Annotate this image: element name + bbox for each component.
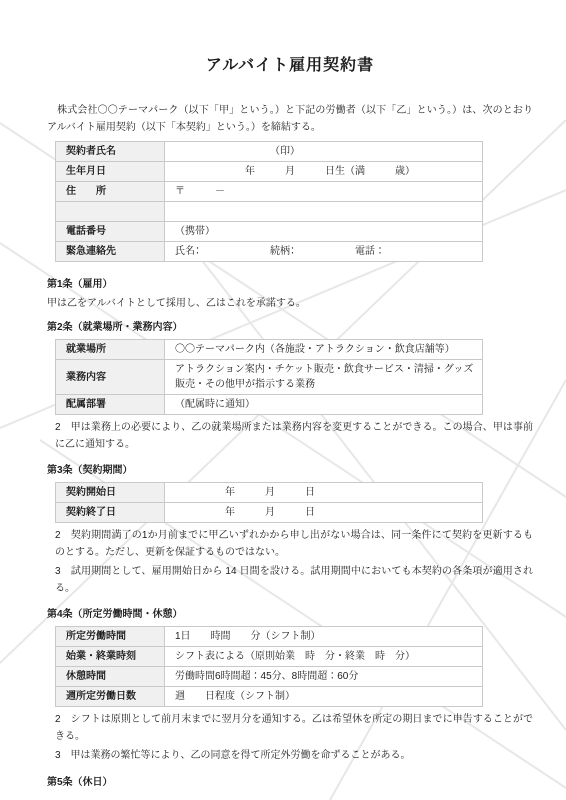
document-title: アルバイト雇用契約書: [47, 0, 533, 76]
article-5-heading: 第5条（休日）: [47, 774, 533, 791]
row-value: 労働時間6時間超：45分、8時間超：60分: [165, 667, 483, 687]
table-row: [56, 202, 483, 222]
article-4-paragraph-2: 2 シフトは原則として前月末までに翌月分を通知する。乙は希望休を所定の期日までに…: [47, 711, 533, 745]
row-label: 配属部署: [56, 395, 165, 415]
row-value: （印）: [165, 142, 483, 162]
article-3-heading: 第3条（契約期間）: [47, 462, 533, 479]
row-value: （配属時に通知）: [165, 395, 483, 415]
row-label: 始業・終業時刻: [56, 647, 165, 667]
row-label: 所定労働時間: [56, 627, 165, 647]
table-row: 住 所 〒 －: [56, 182, 483, 202]
row-label: 業務内容: [56, 360, 165, 395]
article-1-heading: 第1条（雇用）: [47, 276, 533, 293]
table-row: 契約開始日 年 月 日: [56, 483, 483, 503]
article-1-body: 甲は乙をアルバイトとして採用し、乙はこれを承諾する。: [47, 295, 533, 312]
row-value: 〇〇テーマパーク内（各施設・アトラクション・飲食店舗等）: [165, 340, 483, 360]
table-row: 契約者氏名 （印）: [56, 142, 483, 162]
row-value: 1日 時間 分（シフト制）: [165, 627, 483, 647]
article-4-heading: 第4条（所定労働時間・休憩）: [47, 606, 533, 623]
row-value: 氏名： 続柄： 電話：: [165, 242, 483, 262]
table-row: 所定労働時間 1日 時間 分（シフト制）: [56, 627, 483, 647]
article-2-heading: 第2条（就業場所・業務内容）: [47, 319, 533, 336]
row-label: 住 所: [56, 182, 165, 202]
row-label: 契約者氏名: [56, 142, 165, 162]
table-row: 契約終了日 年 月 日: [56, 503, 483, 523]
table-row: 就業場所 〇〇テーマパーク内（各施設・アトラクション・飲食店舗等）: [56, 340, 483, 360]
row-value: 年 月 日: [165, 503, 483, 523]
row-value: 〒 －: [165, 182, 483, 202]
document-content: アルバイト雇用契約書 株式会社〇〇テーマパーク（以下「甲」という。）と下記の労働…: [0, 0, 566, 791]
table-row: 始業・終業時刻 シフト表による（原則始業 時 分・終業 時 分）: [56, 647, 483, 667]
row-label: 生年月日: [56, 162, 165, 182]
table-row: 配属部署 （配属時に通知）: [56, 395, 483, 415]
row-value: 週 日程度（シフト制）: [165, 687, 483, 707]
row-value: 年 月 日: [165, 483, 483, 503]
row-label: 緊急連絡先: [56, 242, 165, 262]
article-4-paragraph-3: 3 甲は業務の繁忙等により、乙の同意を得て所定外労働を命ずることがある。: [47, 747, 533, 764]
row-label: 契約終了日: [56, 503, 165, 523]
row-label: 契約開始日: [56, 483, 165, 503]
table-row: 電話番号 （携帯）: [56, 222, 483, 242]
row-value: （携帯）: [165, 222, 483, 242]
row-label: 就業場所: [56, 340, 165, 360]
table-row: 休憩時間 労働時間6時間超：45分、8時間超：60分: [56, 667, 483, 687]
row-value: シフト表による（原則始業 時 分・終業 時 分）: [165, 647, 483, 667]
profile-table: 契約者氏名 （印） 生年月日 年 月 日生（満 歳） 住 所 〒 －: [55, 141, 483, 262]
row-value: 年 月 日生（満 歳）: [165, 162, 483, 182]
contract-period-table: 契約開始日 年 月 日 契約終了日 年 月 日: [55, 482, 483, 523]
row-label: 休憩時間: [56, 667, 165, 687]
table-row: 業務内容 アトラクション案内・チケット販売・飲食サービス・清掃・グッズ販売・その…: [56, 360, 483, 395]
working-hours-table: 所定労働時間 1日 時間 分（シフト制） 始業・終業時刻 シフト表による（原則始…: [55, 626, 483, 707]
contract-document-page: bizocean アルバイト雇用契約書 株式会社〇〇テーマパーク（以下「甲」とい…: [0, 0, 566, 800]
row-label: 週所定労働日数: [56, 687, 165, 707]
table-row: 緊急連絡先 氏名： 続柄： 電話：: [56, 242, 483, 262]
article-3-paragraph-2: 2 契約期間満了の1か月前までに甲乙いずれかから申し出がない場合は、同一条件にて…: [47, 527, 533, 561]
table-row: 週所定労働日数 週 日程度（シフト制）: [56, 687, 483, 707]
table-row: 生年月日 年 月 日生（満 歳）: [56, 162, 483, 182]
row-label: [56, 202, 165, 222]
workplace-table: 就業場所 〇〇テーマパーク内（各施設・アトラクション・飲食店舗等） 業務内容 ア…: [55, 339, 483, 415]
article-3-paragraph-3: 3 試用期間として、雇用開始日から 14 日間を設ける。試用期間中においても本契…: [47, 563, 533, 597]
intro-paragraph: 株式会社〇〇テーマパーク（以下「甲」という。）と下記の労働者（以下「乙」という。…: [47, 102, 533, 136]
row-label: 電話番号: [56, 222, 165, 242]
row-value: [165, 202, 483, 222]
row-value: アトラクション案内・チケット販売・飲食サービス・清掃・グッズ販売・その他甲が指示…: [165, 360, 483, 395]
article-2-paragraph-2: 2 甲は業務上の必要により、乙の就業場所または業務内容を変更することができる。こ…: [47, 419, 533, 453]
